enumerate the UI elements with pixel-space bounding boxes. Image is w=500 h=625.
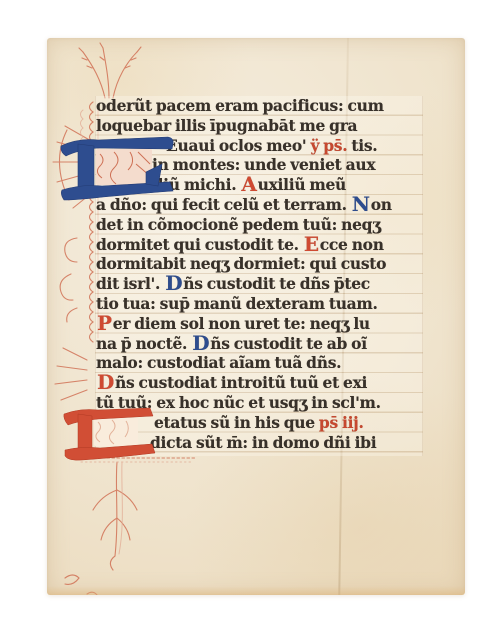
manuscript-line: dicta sũt m̄: in domo dñi ibi xyxy=(96,433,422,453)
text-run: ñs custodit te ab oĩ xyxy=(210,334,367,353)
photo-background: oderũt pacem eram pacificus: cumloquebar… xyxy=(0,0,500,625)
text-run: uxiliũ meũ xyxy=(258,175,346,194)
text-run: dicta sũt m̄: in domo dñi ibi xyxy=(150,433,376,452)
manuscript-leaf: oderũt pacem eram pacificus: cumloquebar… xyxy=(47,38,465,595)
text-run: det in cõmocionẽ pedem tuũ: neqʒ xyxy=(96,215,381,234)
text-run: er diem sol non uret te: neqʒ lu xyxy=(113,314,370,333)
manuscript-line: tũ tuũ: ex hoc nũc et usqʒ in scl'm. xyxy=(96,393,422,413)
text-run: oderũt pacem eram pacificus: cum xyxy=(96,96,384,115)
text-block: oderũt pacem eram pacificus: cumloquebar… xyxy=(95,96,423,456)
versal-initial: E xyxy=(303,232,320,256)
text-lines: oderũt pacem eram pacificus: cumloquebar… xyxy=(96,96,422,452)
manuscript-line: Per diem sol non uret te: neqʒ lu xyxy=(96,314,422,334)
text-run: tis. xyxy=(351,136,377,155)
text-run: Euaui oclos meo' xyxy=(166,136,310,155)
text-run: tio tua: sup̄ manũ dexteram tuam. xyxy=(96,294,378,313)
text-run: tũ tuũ: ex hoc nũc et usqʒ in scl'm. xyxy=(96,393,381,412)
text-run: on xyxy=(371,195,392,214)
rubric: ÿ ps̄. xyxy=(310,136,351,155)
manuscript-line: na p̄ noctẽ. Dñs custodit te ab oĩ xyxy=(96,334,422,354)
manuscript-line: tio tua: sup̄ manũ dexteram tuam. xyxy=(96,294,422,314)
manuscript-line: Dñs custodiat introitũ tuũ et exi xyxy=(96,373,422,393)
rubric: ps̄ iij. xyxy=(319,413,364,432)
versal-initial: D xyxy=(96,370,115,394)
versal-initial: P xyxy=(96,311,113,335)
text-run: loquebar illis īpugnabāt me gra xyxy=(96,116,357,135)
versal-initial: N xyxy=(351,192,371,216)
manuscript-line: dit isrl'. Dñs custodit te dñs p̄tec xyxy=(96,274,422,294)
manuscript-line: a dño: qui fecit celũ et terram. Non xyxy=(96,195,422,215)
manuscript-line: det in cõmocionẽ pedem tuũ: neqʒ xyxy=(96,215,422,235)
text-run: na p̄ noctẽ. xyxy=(96,334,191,353)
manuscript-line: dormitabit neqʒ dormiet: qui custo xyxy=(96,254,422,274)
text-run: ñs custodiat introitũ tuũ et exi xyxy=(115,373,367,392)
versal-initial: D xyxy=(191,331,210,355)
versal-initial: D xyxy=(164,271,183,295)
versal-initial: A xyxy=(240,172,257,196)
manuscript-line: oderũt pacem eram pacificus: cum xyxy=(96,96,422,116)
manuscript-line: malo: custodiat aĩam tuã dñs. xyxy=(96,353,422,373)
manuscript-line: iliũ michi. Auxiliũ meũ xyxy=(96,175,422,195)
text-run: in montes: unde veniet aux xyxy=(152,155,375,174)
text-run: a dño: qui fecit celũ et terram. xyxy=(96,195,351,214)
text-run: dit isrl'. xyxy=(96,274,164,293)
text-run: iliũ michi. xyxy=(152,175,240,194)
text-run: dormitet qui custodit te. xyxy=(96,235,303,254)
manuscript-line: in montes: unde veniet aux xyxy=(96,155,422,175)
manuscript-line: etatus sũ in his que ps̄ iij. xyxy=(96,413,422,433)
manuscript-line: Euaui oclos meo' ÿ ps̄. tis. xyxy=(96,136,422,156)
text-run: cce non xyxy=(320,235,384,254)
text-run: ñs custodit te dñs p̄tec xyxy=(183,274,370,293)
text-run: dormitabit neqʒ dormiet: qui custo xyxy=(96,254,386,273)
manuscript-line: loquebar illis īpugnabāt me gra xyxy=(96,116,422,136)
text-run: etatus sũ in his que xyxy=(154,413,319,432)
text-run: malo: custodiat aĩam tuã dñs. xyxy=(96,353,341,372)
manuscript-line: dormitet qui custodit te. Ecce non xyxy=(96,235,422,255)
